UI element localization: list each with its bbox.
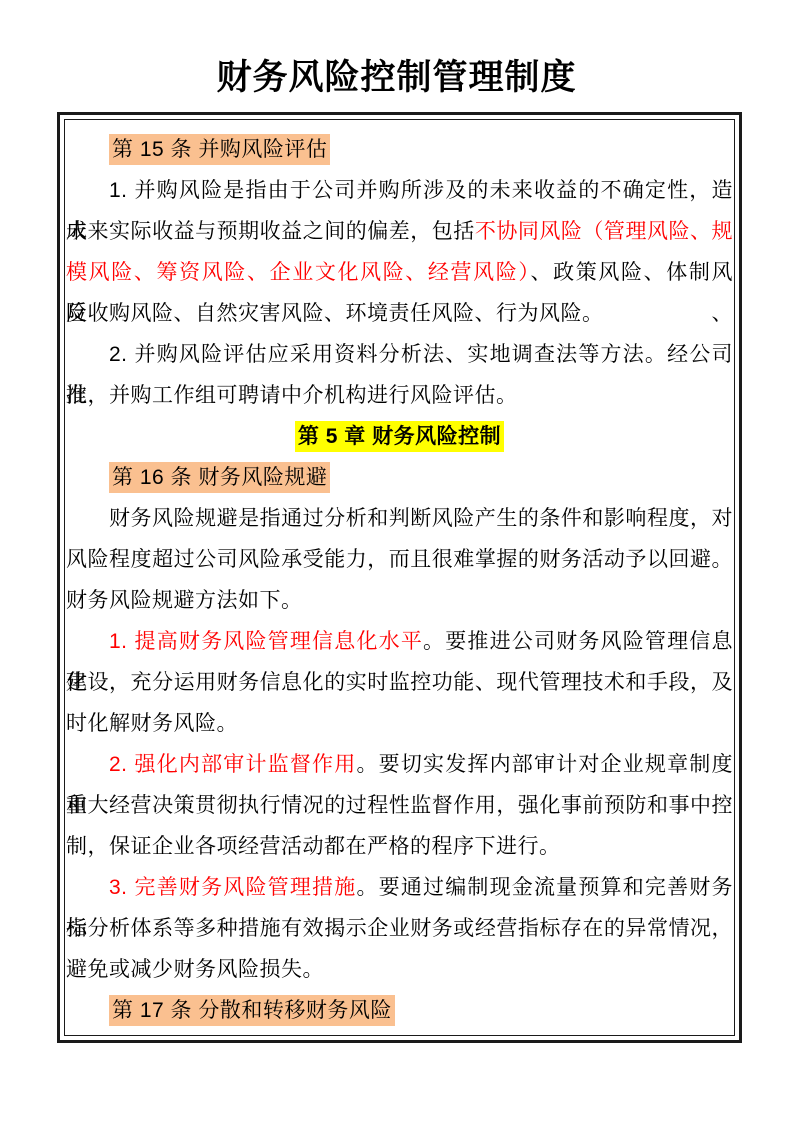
red-emphasis-text: 3. 完善财务风险管理措施 <box>109 876 356 899</box>
body-line: 准，并购工作组可聘请中介机构进行风险评估。 <box>65 375 734 416</box>
yellow-highlight: 第 5 章 财务风险控制 <box>295 421 504 452</box>
body-text: 财务风险规避方法如下。 <box>66 589 303 612</box>
content-box: 第 15 条 并购风险评估1. 并购风险是指由于公司并购所涉及的未来收益的不确定… <box>57 112 742 1043</box>
body-text: 制，保证企业各项经营活动都在严格的程序下进行。 <box>66 835 561 858</box>
content-box-inner: 第 15 条 并购风险评估1. 并购风险是指由于公司并购所涉及的未来收益的不确定… <box>64 119 735 1036</box>
body-line: 2. 强化内部审计监督作用。要切实发挥内部审计对企业规章制度和 <box>65 744 734 785</box>
body-line: 1. 并购风险是指由于公司并购所涉及的未来收益的不确定性，造成 <box>65 170 734 211</box>
red-emphasis-text: 2. 强化内部审计监督作用 <box>109 753 356 776</box>
body-text: 避免或减少财务风险损失。 <box>66 958 324 981</box>
body-text: 第 16 条 财务风险规避 <box>112 466 327 489</box>
document-title: 财务风险控制管理制度 <box>0 50 793 100</box>
article-heading: 第 15 条 并购风险评估 <box>65 129 734 170</box>
body-text: 建设，充分运用财务信息化的实时监控功能、现代管理技术和手段，及 <box>66 671 733 694</box>
document-page: 财务风险控制管理制度 第 15 条 并购风险评估1. 并购风险是指由于公司并购所… <box>0 0 793 1122</box>
body-line: 3. 完善财务风险管理措施。要通过编制现金流量预算和完善财务指 <box>65 867 734 908</box>
orange-highlight: 第 15 条 并购风险评估 <box>109 134 330 165</box>
article-heading: 第 16 条 财务风险规避 <box>65 457 734 498</box>
body-line: 建设，充分运用财务信息化的实时监控功能、现代管理技术和手段，及 <box>65 662 734 703</box>
body-text: 反收购风险、自然灾害风险、环境责任风险、行为风险。 <box>66 302 604 325</box>
body-line: 重大经营决策贯彻执行情况的过程性监督作用，强化事前预防和事中控 <box>65 785 734 826</box>
chapter-heading: 第 5 章 财务风险控制 <box>65 416 734 457</box>
body-text: 准，并购工作组可聘请中介机构进行风险评估。 <box>66 384 518 407</box>
body-line: 时化解财务风险。 <box>65 703 734 744</box>
body-line: 模风险、筹资风险、企业文化风险、经营风险）、政策风险、体制风险、 <box>65 252 734 293</box>
body-line: 标分析体系等多种措施有效揭示企业财务或经营指标存在的异常情况， <box>65 908 734 949</box>
body-text: 第 17 条 分散和转移财务风险 <box>112 999 392 1022</box>
body-line: 财务风险规避方法如下。 <box>65 580 734 621</box>
orange-highlight: 第 17 条 分散和转移财务风险 <box>109 995 395 1026</box>
body-text: 第 15 条 并购风险评估 <box>112 138 327 161</box>
red-emphasis-text: 不协同风险（管理风险、规 <box>475 220 733 243</box>
body-line: 未来实际收益与预期收益之间的偏差，包括不协同风险（管理风险、规 <box>65 211 734 252</box>
body-line: 2. 并购风险评估应采用资料分析法、实地调查法等方法。经公司批 <box>65 334 734 375</box>
body-text: 财务风险规避是指通过分析和判断风险产生的条件和影响程度，对 <box>109 507 733 530</box>
red-emphasis-text: 1. 提高财务风险管理信息化水平 <box>109 630 423 653</box>
article-heading: 第 17 条 分散和转移财务风险 <box>65 990 734 1031</box>
orange-highlight: 第 16 条 财务风险规避 <box>109 462 330 493</box>
body-text: 第 5 章 财务风险控制 <box>298 425 501 448</box>
body-text: 未来实际收益与预期收益之间的偏差，包括 <box>66 220 475 243</box>
body-line: 1. 提高财务风险管理信息化水平。要推进公司财务风险管理信息化 <box>65 621 734 662</box>
body-line: 制，保证企业各项经营活动都在严格的程序下进行。 <box>65 826 734 867</box>
body-line: 避免或减少财务风险损失。 <box>65 949 734 990</box>
body-line: 财务风险规避是指通过分析和判断风险产生的条件和影响程度，对 <box>65 498 734 539</box>
red-emphasis-text: 模风险、筹资风险、企业文化风险、经营风险） <box>66 261 531 284</box>
body-line: 风险程度超过公司风险承受能力，而且很难掌握的财务活动予以回避。 <box>65 539 734 580</box>
body-text: 时化解财务风险。 <box>66 712 238 735</box>
document-body: 第 15 条 并购风险评估1. 并购风险是指由于公司并购所涉及的未来收益的不确定… <box>65 129 734 1031</box>
body-text: 标分析体系等多种措施有效揭示企业财务或经营指标存在的异常情况， <box>66 917 733 940</box>
body-text: 重大经营决策贯彻执行情况的过程性监督作用，强化事前预防和事中控 <box>66 794 733 817</box>
body-text: 风险程度超过公司风险承受能力，而且很难掌握的财务活动予以回避。 <box>66 548 733 571</box>
